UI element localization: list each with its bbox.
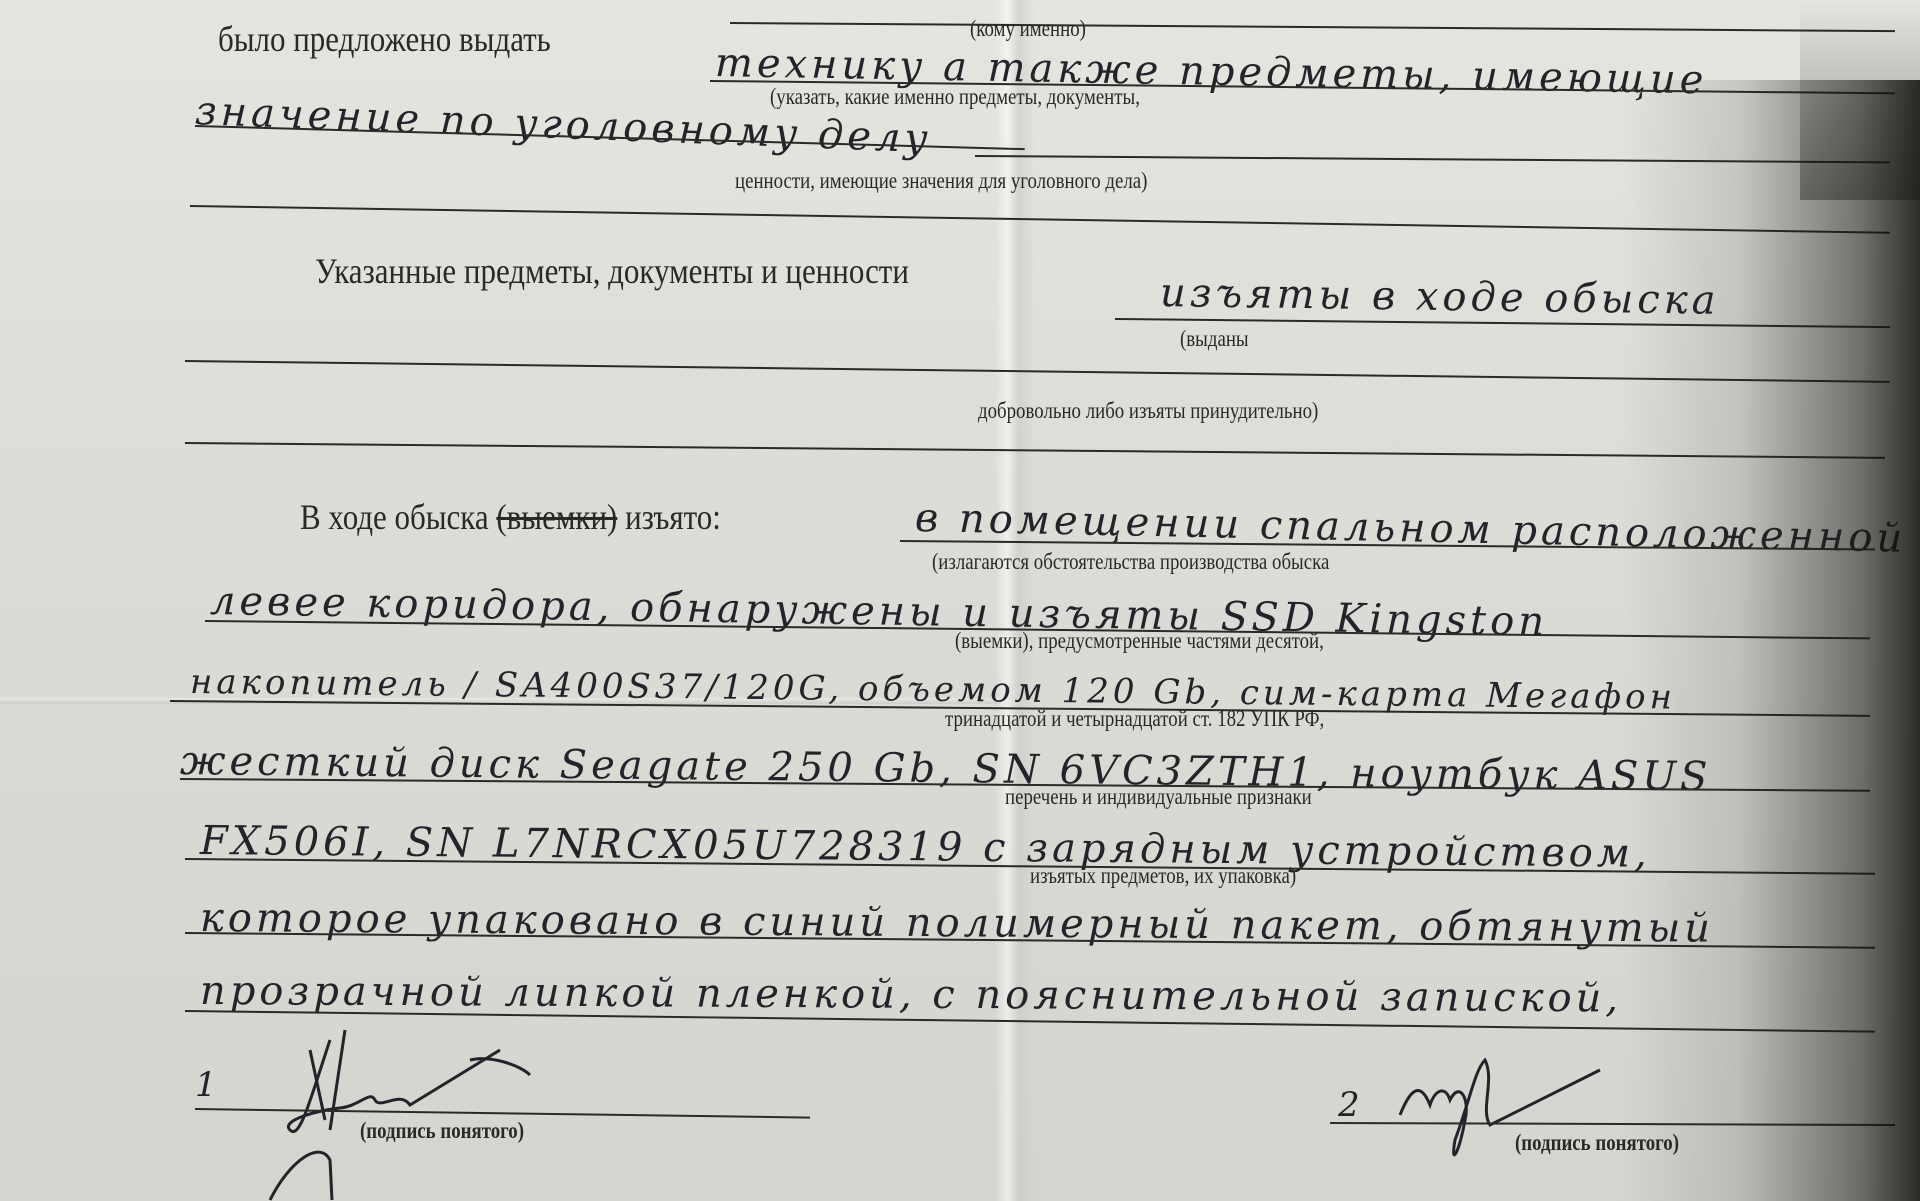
photo-shadow <box>1620 80 1920 1201</box>
signature-1-mark-tail <box>260 1140 380 1201</box>
signature-1-caption: (подпись понятого) <box>360 1118 524 1144</box>
handwritten-seized-line3: накопитель / SA400S37/120G, объемом 120 … <box>190 662 1676 718</box>
caption-seized-1: (излагаются обстоятельства производства … <box>932 549 1329 575</box>
signature-2-number: 2 <box>1338 1085 1360 1125</box>
form-rule <box>730 22 1895 32</box>
photo-shadow-top <box>1800 0 1920 200</box>
label-seized: В ходе обыска (выемки) изъято: <box>300 496 721 538</box>
handwritten-seized-line2: левее коридора, обнаружены и изъяты SSD … <box>210 578 1549 645</box>
label-issued: Указанные предметы, документы и ценности <box>315 250 909 292</box>
document-page: (кому именно) было предложено выдать тех… <box>0 0 1920 1201</box>
caption-issued: (выданы <box>1180 326 1249 352</box>
label-seized-suffix: изъято: <box>625 497 721 537</box>
caption-seized-5: изъятых предметов, их упаковка) <box>1030 863 1296 889</box>
caption-values: ценности, имеющие значения для уголовног… <box>735 168 1147 194</box>
caption-seized-2: (выемки), предусмотренные частями десято… <box>955 628 1324 654</box>
caption-specify: (указать, какие именно предметы, докумен… <box>770 84 1140 110</box>
caption-seized-4: перечень и индивидуальные признаки <box>1005 784 1312 810</box>
label-seized-struck: (выемки) <box>496 497 617 537</box>
label-seized-prefix: В ходе обыска <box>300 497 489 537</box>
caption-seized-3: тринадцатой и четырнадцатой ст. 182 УПК … <box>945 706 1324 732</box>
label-offered: было предложено выдать <box>218 18 551 60</box>
caption-voluntary: добровольно либо изъяты принудительно) <box>978 398 1318 424</box>
handwritten-seized-line4: жесткий диск Seagate 250 Gb, SN 6VC3ZTH1… <box>180 738 1712 800</box>
handwritten-seized-line5: FX506I, SN L7NRCX05U728319 с зарядным ус… <box>200 818 1651 877</box>
signature-1-number: 1 <box>195 1065 217 1105</box>
caption-to-whom: (кому именно) <box>970 16 1086 42</box>
